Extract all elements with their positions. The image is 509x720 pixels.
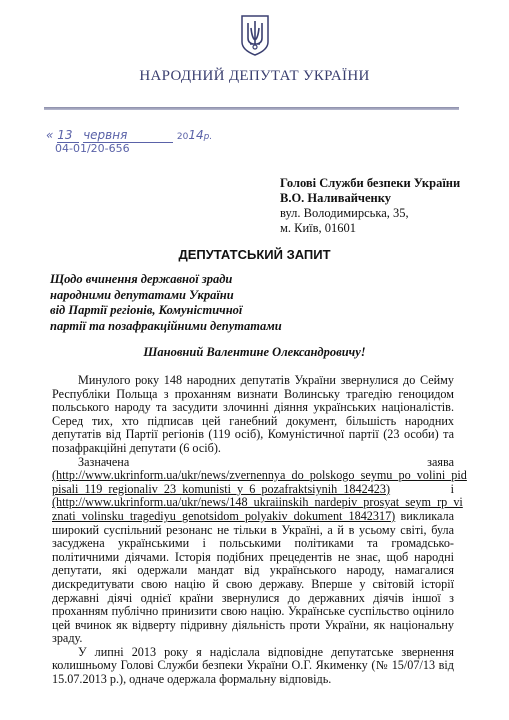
ukrinform-link-2[interactable]: (http://www.ukrinform.ua/ukr/news/148_uk… bbox=[52, 495, 463, 509]
addressee-street: вул. Володимирська, 35, bbox=[280, 206, 460, 221]
addressee-position: Голові Служби безпеки України bbox=[280, 176, 460, 191]
date-day: 13 bbox=[57, 128, 79, 143]
body-paragraph-2-start: Зазначена заява bbox=[52, 456, 454, 470]
paragraph-text: Зазначена bbox=[78, 456, 129, 470]
paragraph-text: викликала bbox=[400, 510, 454, 524]
subject-line: від Партії регіонів, Комуністичної bbox=[50, 303, 282, 319]
link-2-continuation: znati_volinsku_tragediyu_genotsidom_poly… bbox=[52, 510, 454, 524]
ukrinform-link-1-cont[interactable]: pisali_119_regionaliv_23_komunisti_y_6_p… bbox=[52, 483, 390, 497]
ukrinform-link-1[interactable]: (http://www.ukrinform.ua/ukr/news/zverne… bbox=[52, 468, 467, 482]
document-subject: Щодо вчинення державної зради народними … bbox=[50, 272, 282, 334]
addressee-block: Голові Служби безпеки України В.О. Налив… bbox=[280, 176, 460, 236]
addressee-name: В.О. Наливайченку bbox=[280, 191, 460, 206]
body-paragraph-2-rest: широкий суспільний резонанс не тільки в … bbox=[52, 524, 454, 646]
date-quote: « bbox=[46, 128, 53, 142]
ukrinform-link-2-cont[interactable]: znati_volinsku_tragediyu_genotsidom_poly… bbox=[52, 510, 395, 524]
letterhead-title: НАРОДНИЙ ДЕПУТАТ УКРАЇНИ bbox=[0, 68, 509, 85]
greeting: Шановний Валентине Олександровичу! bbox=[0, 345, 509, 360]
date-year-suffix: 14 bbox=[188, 128, 203, 142]
registration-number: 04-01/20-656 bbox=[55, 142, 130, 155]
body-paragraph-1: Минулого року 148 народних депутатів Укр… bbox=[52, 374, 454, 456]
handwritten-date: « 13 червня 2014р. bbox=[46, 128, 212, 143]
subject-line: партії та позафракційними депутатами bbox=[50, 319, 282, 335]
document-body: Минулого року 148 народних депутатів Укр… bbox=[52, 374, 454, 687]
body-paragraph-3: У липні 2013 року я надіслала відповідне… bbox=[52, 646, 454, 687]
trident-coat-of-arms-icon bbox=[240, 14, 270, 56]
date-year-prefix: 20 bbox=[177, 132, 188, 142]
conjunction: і bbox=[451, 483, 454, 497]
paragraph-text: заява bbox=[427, 456, 454, 470]
link-1-continuation: pisali_119_regionaliv_23_komunisti_y_6_p… bbox=[52, 483, 454, 497]
addressee-city: м. Київ, 01601 bbox=[280, 221, 460, 236]
document-title: ДЕПУТАТСЬКИЙ ЗАПИТ bbox=[0, 247, 509, 262]
date-month: червня bbox=[83, 128, 173, 143]
date-year-end: р. bbox=[204, 132, 213, 142]
subject-line: народними депутатами України bbox=[50, 288, 282, 304]
letterhead-divider bbox=[44, 107, 459, 110]
subject-line: Щодо вчинення державної зради bbox=[50, 272, 282, 288]
